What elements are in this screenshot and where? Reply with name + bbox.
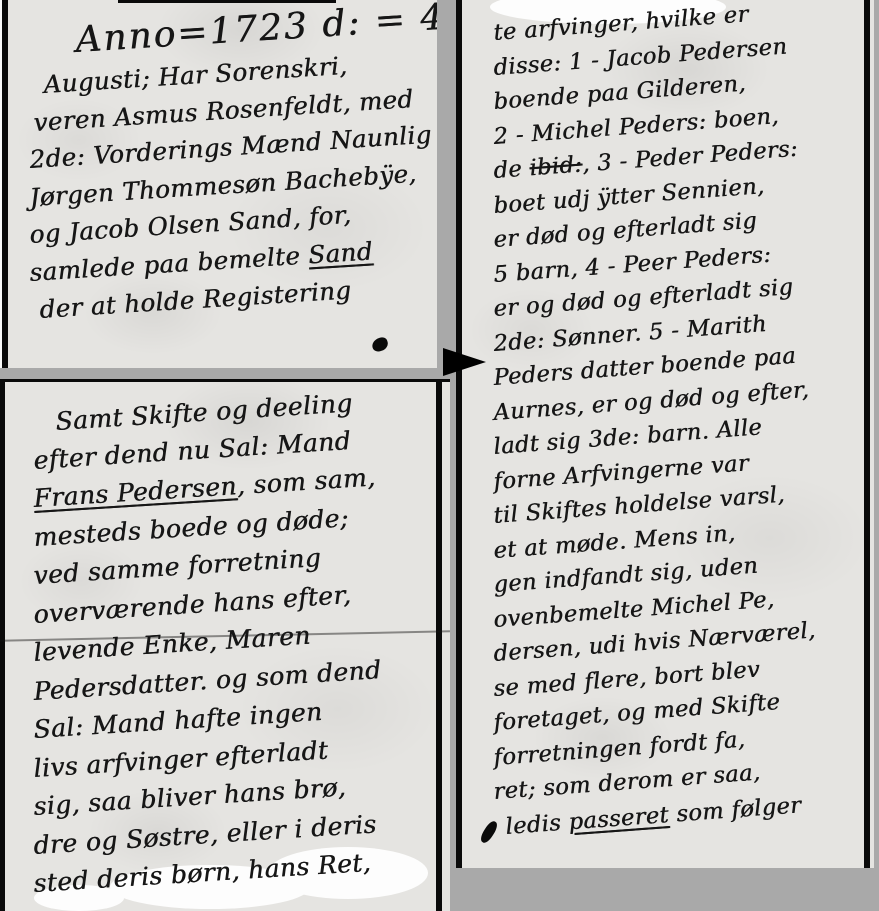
manuscript-scan: Anno=1723 d: = 4deAugusti; Har Sorenskri… <box>0 0 879 911</box>
handwritten-text-right: te arfvinger, hvilke erdisse: 1 - Jacob … <box>456 0 874 844</box>
handwritten-text-bottom-left: Samt Skifte og deelingefter dend nu Sal:… <box>0 379 450 904</box>
handwritten-text-top-left: Anno=1723 d: = 4deAugusti; Har Sorenskri… <box>0 0 437 329</box>
page-bottom-left: Samt Skifte og deelingefter dend nu Sal:… <box>0 379 450 911</box>
page-right: te arfvinger, hvilke erdisse: 1 - Jacob … <box>456 0 874 868</box>
page-top-left: Anno=1723 d: = 4deAugusti; Har Sorenskri… <box>0 0 437 368</box>
right-arrow-icon <box>443 348 486 376</box>
